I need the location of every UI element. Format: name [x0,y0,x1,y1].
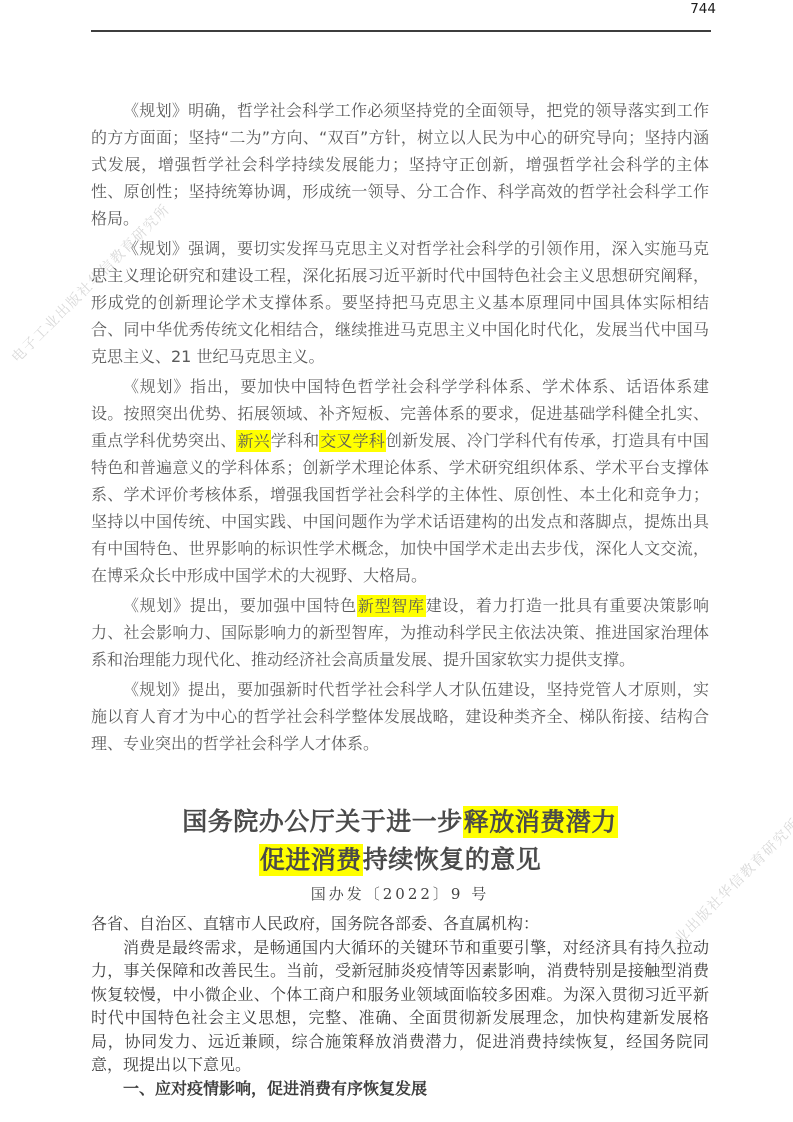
document-page: 744 电子工业出版社华信教育研究所 电子工业出版社华信教育研究所 《规划》明确… [0,0,793,1122]
page-number: 744 [690,1,716,17]
header-rule [91,30,711,32]
highlight: 新兴 [236,430,270,452]
paragraph: 《规划》强调，要切实发挥马克思主义对哲学社会科学的引领作用，深入实施马克思主义理… [91,235,709,370]
paragraph: 《规划》指出，要加快中国特色哲学社会科学学科体系、学术体系、话语体系建设。按照突… [91,373,709,589]
highlight: 交叉学科 [319,430,386,452]
paragraph: 《规划》提出，要加强中国特色新型智库建设，着力打造一批具有重要决策影响力、社会影… [91,592,709,673]
highlight: 新型智库 [357,595,426,617]
document-title: 国务院办公厅关于进一步释放消费潜力 促进消费持续恢复的意见 [91,803,709,879]
salutation-line: 各省、自治区、直辖市人民政府，国务院各部委、各直属机构： [91,912,709,936]
highlight: 促进消费 [259,844,363,876]
page-content: 《规划》明确，哲学社会科学工作必须坚持党的全面领导，把党的领导落实到工作的方方面… [91,97,709,1100]
document-number: 国办发〔2022〕9 号 [91,883,709,904]
section-1-heading: 一、应对疫情影响，促进消费有序恢复发展 [91,1077,709,1101]
paragraph: 《规划》明确，哲学社会科学工作必须坚持党的全面领导，把党的领导落实到工作的方方面… [91,97,709,232]
consumption-opinion-section: 国务院办公厅关于进一步释放消费潜力 促进消费持续恢复的意见 国办发〔2022〕9… [91,803,709,1100]
plan-article-section: 《规划》明确，哲学社会科学工作必须坚持党的全面领导，把党的领导落实到工作的方方面… [91,97,709,757]
document-title-line-2: 促进消费持续恢复的意见 [91,841,709,879]
highlight: 释放消费潜力 [463,806,618,838]
document-title-line-1: 国务院办公厅关于进一步释放消费潜力 [91,803,709,841]
intro-paragraph: 消费是最终需求，是畅通国内大循环的关键环节和重要引擎，对经济具有持久拉动力，事关… [91,936,709,1077]
paragraph: 《规划》提出，要加强新时代哲学社会科学人才队伍建设，坚持党管人才原则，实施以育人… [91,676,709,757]
document-body: 各省、自治区、直辖市人民政府，国务院各部委、各直属机构： 消费是最终需求，是畅通… [91,912,709,1100]
